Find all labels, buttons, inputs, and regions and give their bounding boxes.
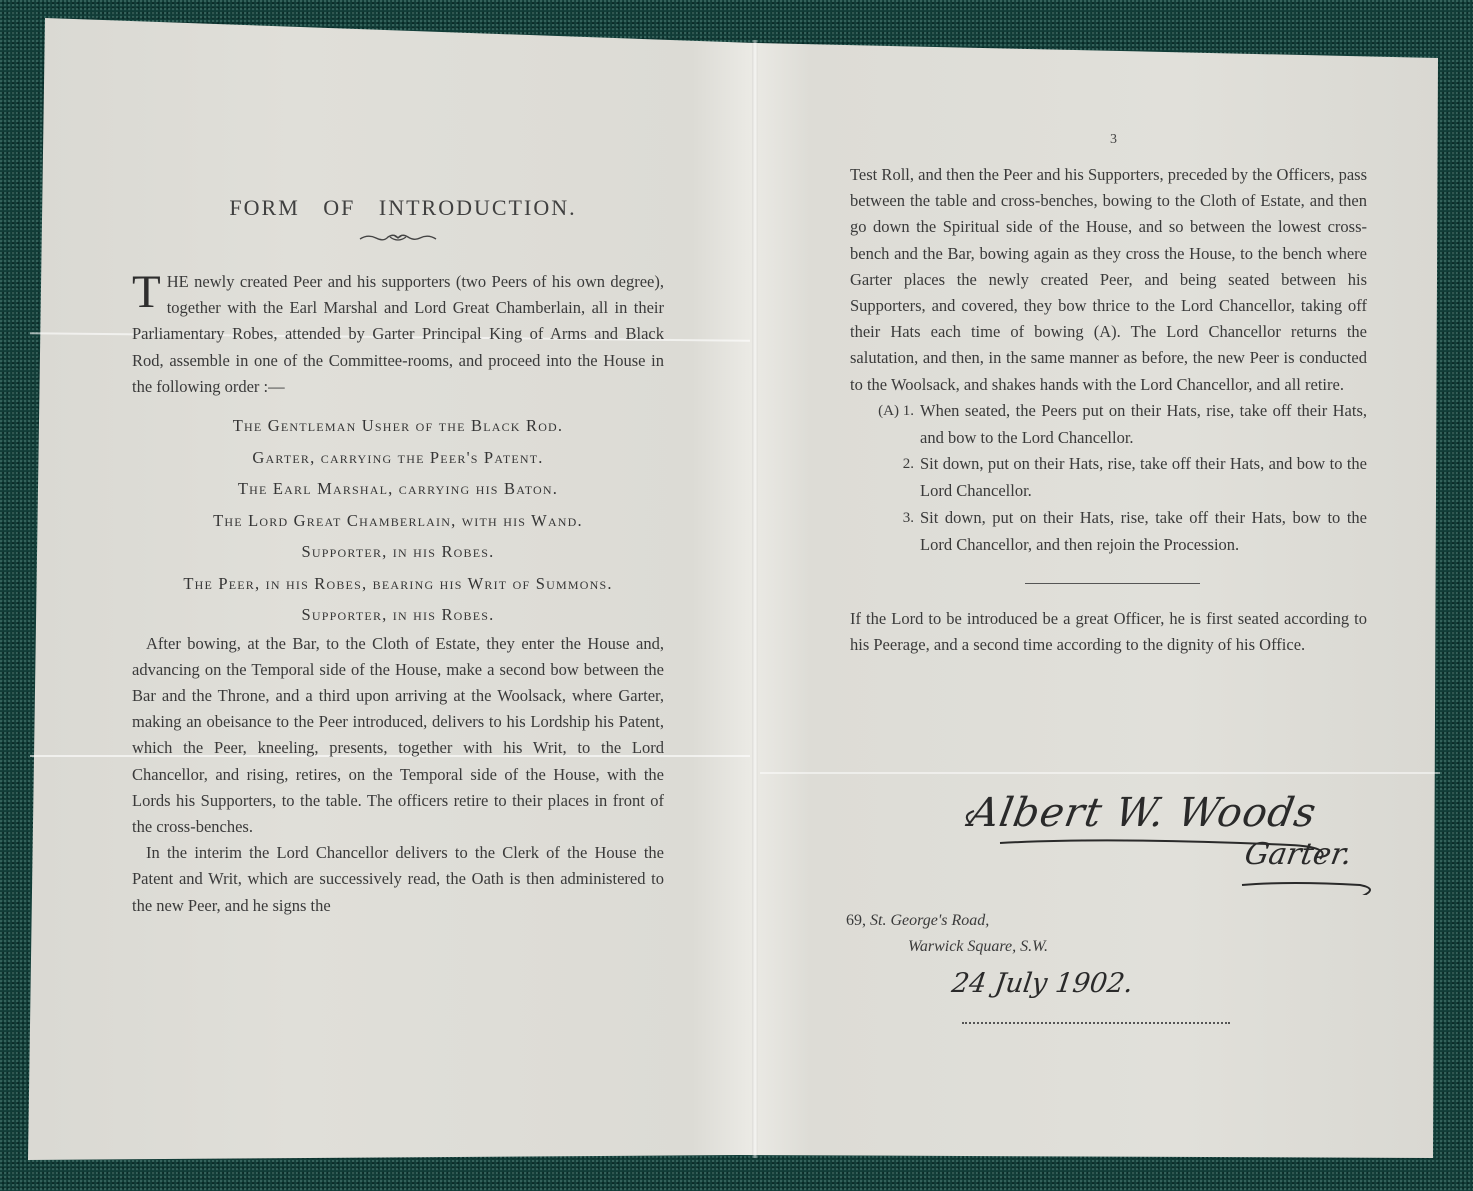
paragraph-interim: In the interim the Lord Chancellor deliv… <box>132 840 664 919</box>
procession-item: The Gentleman Usher of the Black Rod. <box>132 410 664 442</box>
footnote-label: 3. <box>850 505 920 559</box>
procession-item: Supporter, in his Robes. <box>132 599 664 631</box>
printer-ornament-icon <box>132 231 664 247</box>
footnote-item: 2. Sit down, put on their Hats, rise, ta… <box>850 451 1367 505</box>
page-number: 3 <box>850 132 1367 148</box>
signature-name: Albert W. Woods <box>966 790 1320 836</box>
intro-paragraph: THE newly created Peer and his supporter… <box>132 269 664 400</box>
section-divider-rule <box>1025 583 1200 584</box>
handwritten-signature: Albert W. Woods Garter. <box>960 785 1400 895</box>
footnote-text: Sit down, put on their Hats, rise, take … <box>920 505 1367 559</box>
address-line-2: Warwick Square, S.W. <box>908 938 1048 956</box>
procession-item: The Peer, in his Robes, bearing his Writ… <box>132 568 664 600</box>
handwritten-date: 24 July 1902. <box>950 968 1135 999</box>
document-title: FORM OF INTRODUCTION. <box>132 195 664 221</box>
procession-order-list: The Gentleman Usher of the Black Rod. Ga… <box>132 410 664 631</box>
footnote-item: 3. Sit down, put on their Hats, rise, ta… <box>850 505 1367 559</box>
procession-item: Garter, carrying the Peer's Patent. <box>132 442 664 474</box>
signature-title: Garter. <box>1242 837 1355 872</box>
paragraph-after-bowing: After bowing, at the Bar, to the Cloth o… <box>132 631 664 841</box>
address-number: 69, <box>846 912 866 929</box>
left-page: FORM OF INTRODUCTION. THE newly created … <box>132 195 664 919</box>
footnote-item: (A) 1. When seated, the Peers put on the… <box>850 398 1367 452</box>
address-line-1: St. George's Road, <box>870 912 989 929</box>
paragraph-continued: Test Roll, and then the Peer and his Sup… <box>850 162 1367 398</box>
footnote-list: (A) 1. When seated, the Peers put on the… <box>850 398 1367 559</box>
center-fold <box>752 40 758 1158</box>
footnote-text: Sit down, put on their Hats, rise, take … <box>920 451 1367 505</box>
procession-item: Supporter, in his Robes. <box>132 536 664 568</box>
footnote-text: When seated, the Peers put on their Hats… <box>920 398 1367 452</box>
procession-item: The Earl Marshal, carrying his Baton. <box>132 473 664 505</box>
dotted-date-line <box>962 1022 1230 1024</box>
closing-paragraph: If the Lord to be introduced be a great … <box>850 606 1367 658</box>
intro-text: HE newly created Peer and his supporters… <box>132 272 664 396</box>
fold-crease-right <box>760 772 1440 774</box>
right-page: 3 Test Roll, and then the Peer and his S… <box>850 132 1367 658</box>
footnote-label: (A) 1. <box>850 398 920 452</box>
printed-address: 69, St. George's Road, Warwick Square, S… <box>846 912 1048 956</box>
drop-cap: T <box>132 273 161 311</box>
procession-item: The Lord Great Chamberlain, with his Wan… <box>132 505 664 537</box>
footnote-label: 2. <box>850 451 920 505</box>
